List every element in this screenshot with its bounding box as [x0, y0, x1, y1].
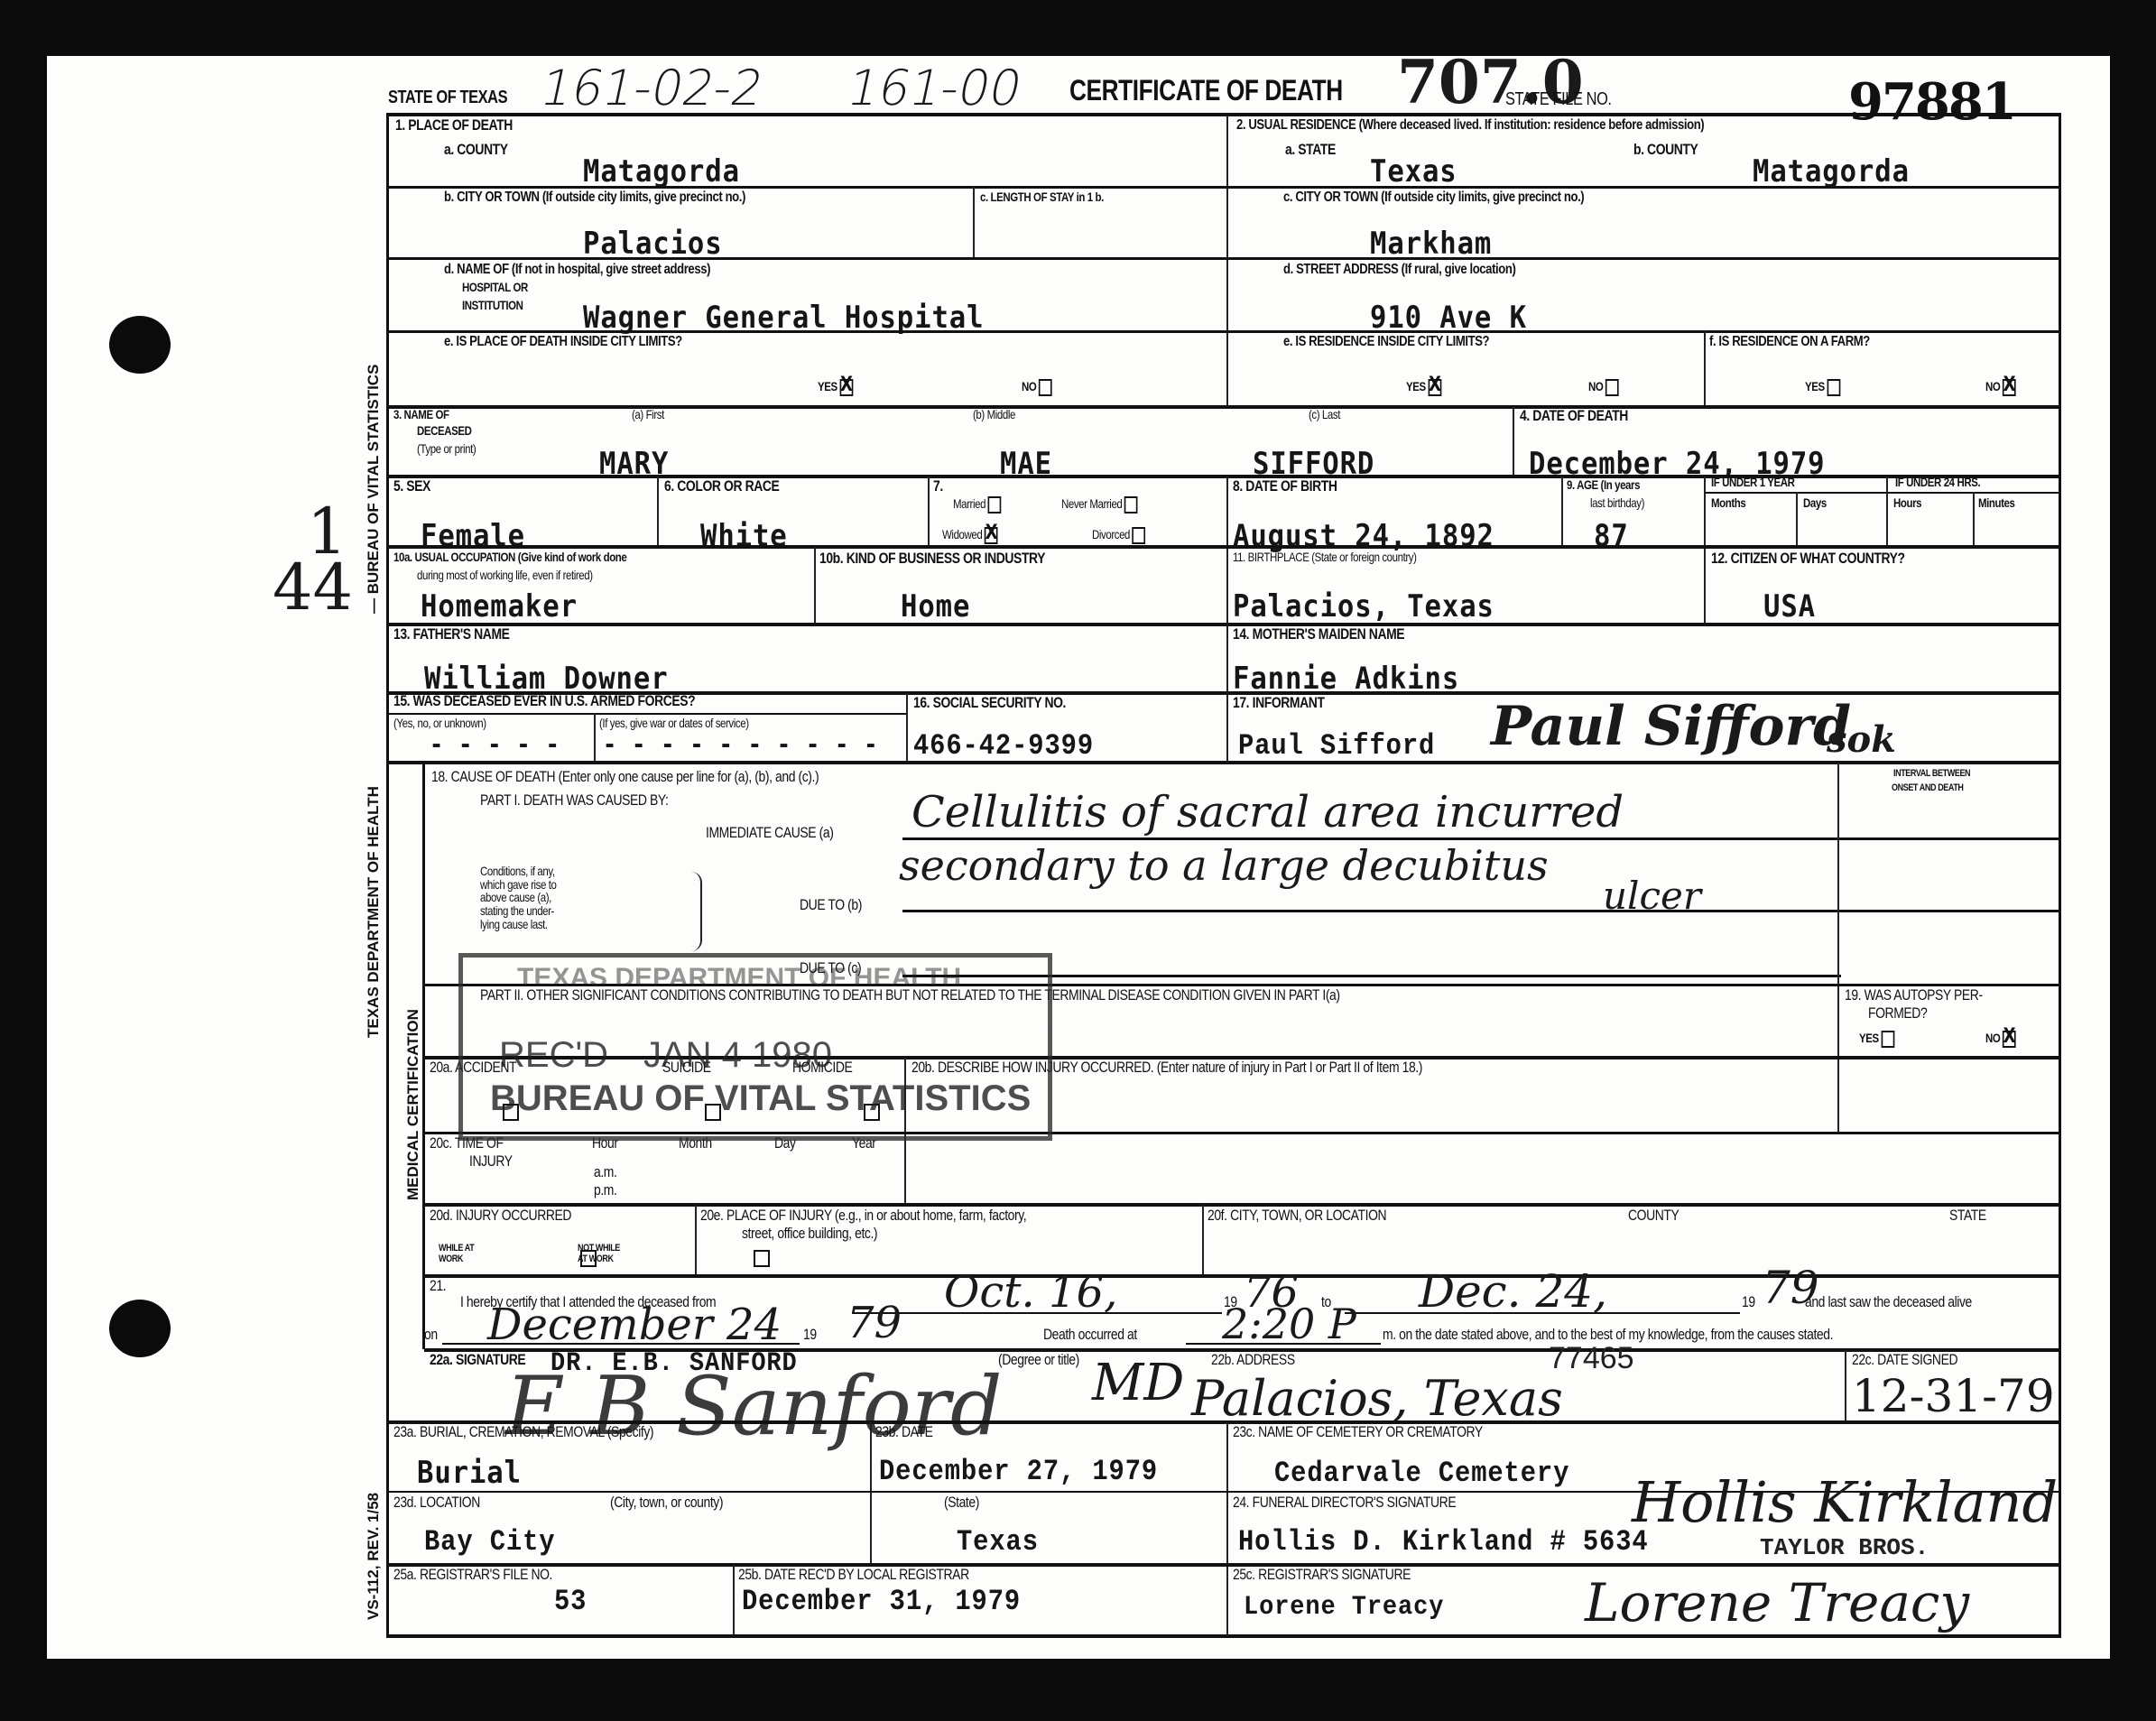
res-state-label: a. STATE — [1285, 142, 1336, 158]
registrar-name: Lorene Treacy — [1244, 1592, 1444, 1623]
state-file-number: 97881 — [1848, 72, 2015, 132]
divider — [594, 713, 596, 762]
ssn-value: 466-42-9399 — [913, 729, 1094, 763]
ssn-label: 16. SOCIAL SECURITY NO. — [913, 695, 1066, 711]
row-line — [386, 257, 2060, 260]
middle-name-label: (b) Middle — [973, 408, 1015, 421]
handwritten-code-2: 161-00 — [842, 60, 1027, 116]
dob-value: August 24, 1892 — [1233, 518, 1494, 554]
citizen-value: USA — [1763, 588, 1816, 625]
form-left-border — [386, 113, 389, 1637]
minutes-label: Minutes — [1978, 496, 2015, 510]
res-limits-no[interactable]: NO — [1588, 379, 1619, 396]
res-inside-limits-label: e. IS RESIDENCE INSIDE CITY LIMITS? — [1283, 335, 1489, 350]
divider — [1561, 477, 1563, 547]
divider — [1226, 115, 1228, 408]
last-name-label: (c) Last — [1309, 408, 1340, 421]
row-line — [388, 713, 906, 715]
informant-label: 17. INFORMANT — [1233, 695, 1325, 711]
form-top-border — [386, 113, 2060, 116]
registrar-file-value: 53 — [554, 1585, 587, 1618]
death-limits-no[interactable]: NO — [1022, 379, 1052, 396]
farm-yes[interactable]: YES — [1805, 379, 1840, 396]
autopsy-yes[interactable]: YES — [1859, 1031, 1894, 1048]
time-of-injury-label-2: INJURY — [469, 1153, 513, 1170]
location-state-value: Texas — [957, 1525, 1039, 1559]
informant-note: sok — [1827, 718, 1896, 761]
res-city-label: c. CITY OR TOWN (If outside city limits,… — [1283, 190, 1584, 206]
divider — [733, 1565, 735, 1635]
father-label: 13. FATHER'S NAME — [393, 626, 510, 643]
res-county-value: Matagorda — [1753, 153, 1910, 190]
citizen-label: 12. CITIZEN OF WHAT COUNTRY? — [1711, 551, 1905, 567]
place-of-death-label: 1. PLACE OF DEATH — [395, 117, 513, 134]
race-value: White — [700, 518, 788, 554]
pm-label: p.m. — [594, 1182, 616, 1198]
location-label: 23d. LOCATION — [393, 1494, 480, 1511]
last-seen-text: and last saw the deceased alive — [1805, 1294, 1972, 1310]
place-of-injury-label: 20e. PLACE OF INJURY (e.g., in or about … — [700, 1207, 1026, 1224]
attended-from-date: Oct. 16, — [944, 1267, 1117, 1318]
row-line — [902, 837, 2059, 840]
marital-label: 7. — [933, 478, 943, 495]
name-label-3: (Type or print) — [417, 442, 476, 456]
death-time: 2:20 P — [1222, 1300, 1356, 1348]
checkbox-checked[interactable] — [1428, 379, 1441, 396]
stamp-line-1: TEXAS DEPARTMENT OF HEALTH — [517, 963, 961, 994]
brace — [691, 872, 702, 951]
divider — [1796, 492, 1798, 546]
occupation-label: 10a. USUAL OCCUPATION (Give kind of work… — [393, 551, 626, 564]
while-at-work-label: WHILE AT WORK — [439, 1244, 483, 1264]
injury-county-label: COUNTY — [1628, 1207, 1679, 1224]
divider — [1845, 1350, 1846, 1420]
divider — [973, 187, 975, 259]
race-label: 6. COLOR OR RACE — [664, 478, 779, 495]
row-line — [386, 186, 2060, 189]
row-line — [386, 330, 2060, 333]
occupation-label-2: during most of working life, even if ret… — [417, 569, 593, 582]
location-city-label: (City, town, or county) — [610, 1494, 723, 1511]
burial-label: 23a. BURIAL, CREMATION, REMOVAL (Specify… — [393, 1424, 653, 1440]
received-stamp: TEXAS DEPARTMENT OF HEALTH REC'D JAN 4 1… — [458, 953, 1052, 1141]
armed-forces-label: 15. WAS DECEASED EVER IN U.S. ARMED FORC… — [393, 693, 695, 709]
length-of-stay-label: c. LENGTH OF STAY in 1 b. — [980, 190, 1128, 204]
not-while-at-work-checkbox[interactable] — [754, 1250, 770, 1267]
certification-item-no: 21. — [430, 1278, 446, 1294]
certificate-title: CERTIFICATE OF DEATH — [1069, 76, 1343, 106]
state-label: STATE OF TEXAS — [388, 88, 507, 107]
marital-married[interactable]: Married — [953, 496, 1001, 514]
handwritten-code-1: 161-02-2 — [535, 60, 769, 116]
under-year-label: IF UNDER 1 YEAR — [1711, 476, 1795, 489]
divider — [1513, 407, 1514, 477]
form-right-border — [2059, 113, 2061, 1637]
address-label: 22b. ADDRESS — [1211, 1352, 1295, 1368]
registrar-signature: Lorene Treacy — [1585, 1572, 1969, 1633]
death-occurred-label: Death occurred at — [1043, 1327, 1137, 1343]
punch-hole — [109, 1300, 171, 1357]
state-file-label: STATE FILE NO. — [1505, 90, 1612, 109]
date-signed-value: 12-31-79 — [1852, 1370, 2055, 1422]
checkbox[interactable] — [1124, 496, 1138, 514]
hours-label: Hours — [1893, 496, 1921, 510]
age-label-2: last birthday) — [1590, 496, 1644, 510]
on-label: on — [424, 1327, 438, 1343]
cemetery-label: 23c. NAME OF CEMETERY OR CREMATORY — [1233, 1424, 1483, 1440]
armed-value-2: - - - - - - - - - - — [603, 729, 878, 759]
medical-certification-vertical-text: MEDICAL CERTIFICATION — [404, 1009, 422, 1200]
res-state-value: Texas — [1370, 153, 1457, 190]
death-limits-yes[interactable]: YES — [818, 379, 853, 396]
part1-label: PART I. DEATH WAS CAUSED BY: — [480, 792, 669, 809]
row-line — [386, 761, 2060, 764]
registrar-date-value: December 31, 1979 — [742, 1585, 1021, 1618]
to-year-prefix: 19 — [1742, 1294, 1755, 1310]
divider — [1837, 763, 1839, 1133]
checkbox-checked[interactable] — [2003, 379, 2016, 396]
divider — [906, 693, 908, 762]
funeral-director-value: Hollis D. Kirkland # 5634 — [1238, 1525, 1649, 1559]
dob-label: 8. DATE OF BIRTH — [1233, 478, 1337, 495]
not-while-at-work-label: NOT WHILE AT WORK — [578, 1244, 629, 1264]
injury-city-label: 20f. CITY, TOWN, OR LOCATION — [1208, 1207, 1386, 1224]
divider — [657, 477, 659, 547]
divider — [1226, 477, 1228, 625]
name-label-1: 3. NAME OF — [393, 408, 449, 421]
checkbox[interactable] — [988, 496, 1002, 514]
county-label: a. COUNTY — [444, 142, 508, 158]
handwritten-fraction-bottom: 44 — [273, 551, 353, 625]
mother-label: 14. MOTHER'S MAIDEN NAME — [1233, 626, 1404, 643]
occupation-value: Homemaker — [421, 588, 578, 625]
row-line — [386, 545, 2060, 549]
farm-no[interactable]: NO — [1985, 379, 2016, 396]
due-to-b-label: DUE TO (b) — [800, 897, 862, 913]
farm-label: f. IS RESIDENCE ON A FARM? — [1709, 335, 1870, 350]
burial-date-label: 23b. DATE — [875, 1424, 932, 1440]
divider — [1886, 477, 1888, 547]
marital-divorced[interactable]: Divorced — [1092, 527, 1145, 544]
residence-label: 2. USUAL RESIDENCE (Where deceased lived… — [1236, 118, 1704, 134]
injury-occurred-label: 20d. INJURY OCCURRED — [430, 1207, 571, 1224]
armed-sub-label-2: (If yes, give war or dates of service) — [599, 717, 749, 730]
death-inside-limits-label: e. IS PLACE OF DEATH INSIDE CITY LIMITS? — [444, 335, 682, 350]
age-value: 87 — [1594, 518, 1629, 554]
res-county-label: b. COUNTY — [1633, 142, 1698, 158]
last-seen-date: December 24 — [487, 1300, 782, 1350]
divider — [695, 1205, 697, 1275]
department-vertical-text: TEXAS DEPARTMENT OF HEALTH — [365, 786, 383, 1038]
sex-value: Female — [421, 518, 525, 554]
burial-value: Burial — [417, 1455, 522, 1491]
registrar-file-label: 25a. REGISTRAR'S FILE NO. — [393, 1567, 552, 1583]
divider — [814, 547, 816, 625]
registrar-date-label: 25b. DATE REC'D BY LOCAL REGISTRAR — [738, 1567, 969, 1583]
cemetery-value: Cedarvale Cemetery — [1274, 1457, 1569, 1490]
address-value: Palacios, Texas — [1191, 1370, 1563, 1427]
divider — [1973, 492, 1975, 546]
hospital-label: d. NAME OF (If not in hospital, give str… — [444, 263, 710, 278]
res-limits-yes[interactable]: YES — [1406, 379, 1441, 396]
row-line — [386, 623, 2060, 626]
checkbox-checked[interactable] — [839, 379, 853, 396]
marital-never-married[interactable]: Never Married — [1061, 496, 1138, 514]
autopsy-label-2: FORMED? — [1868, 1005, 1927, 1022]
immediate-cause-label: IMMEDIATE CAUSE (a) — [706, 825, 833, 841]
row-line — [386, 475, 2060, 478]
checkbox-checked[interactable] — [985, 527, 998, 544]
divider — [1704, 331, 1706, 407]
row-line — [902, 910, 2059, 912]
industry-value: Home — [901, 588, 970, 625]
conditions-note: Conditions, if any, which gave rise to a… — [480, 865, 573, 930]
bureau-vertical-text: — BUREAU OF VITAL STATISTICS — [365, 365, 383, 614]
age-label-1: 9. AGE (In years — [1567, 478, 1640, 492]
date-of-death-label: 4. DATE OF DEATH — [1520, 408, 1628, 424]
place-of-injury-label-2: street, office building, etc.) — [742, 1226, 877, 1242]
industry-label: 10b. KIND OF BUSINESS OR INDUSTRY — [819, 551, 1045, 567]
birthplace-value: Palacios, Texas — [1233, 588, 1494, 625]
sex-label: 5. SEX — [393, 478, 430, 495]
checkbox[interactable] — [1132, 527, 1145, 544]
immediate-cause-line-2: secondary to a large decubitus — [899, 841, 1549, 890]
birthplace-label: 11. BIRTHPLACE (State or foreign country… — [1233, 551, 1417, 564]
divider — [928, 477, 930, 547]
registrar-signature-label: 25c. REGISTRAR'S SIGNATURE — [1233, 1567, 1411, 1583]
form-number-vertical-text: VS-112, REV. 1/58 — [365, 1493, 383, 1620]
degree-label: (Degree or title) — [998, 1352, 1079, 1368]
interval-label-1: INTERVAL BETWEEN — [1893, 769, 1970, 780]
hospital-label-2: HOSPITAL OR — [462, 281, 528, 294]
checkbox[interactable] — [1039, 379, 1052, 396]
am-label: a.m. — [594, 1164, 616, 1180]
funeral-director-label: 24. FUNERAL DIRECTOR'S SIGNATURE — [1233, 1494, 1456, 1511]
funeral-director-signature: Hollis Kirkland — [1632, 1469, 2058, 1535]
checkbox[interactable] — [1827, 379, 1840, 396]
degree-value: MD — [1092, 1354, 1184, 1412]
cause-label: 18. CAUSE OF DEATH (Enter only one cause… — [431, 769, 819, 785]
stamp-line-3: BUREAU OF VITAL STATISTICS — [490, 1078, 1031, 1119]
autopsy-label-1: 19. WAS AUTOPSY PER- — [1845, 987, 1983, 1004]
burial-date-value: December 27, 1979 — [879, 1455, 1158, 1488]
marital-widowed[interactable]: Widowed — [942, 527, 998, 544]
form-bottom-border — [386, 1634, 2061, 1638]
checkbox-checked[interactable] — [2003, 1031, 2016, 1048]
death-county-value: Matagorda — [583, 153, 740, 190]
death-city-value: Palacios — [583, 226, 723, 262]
immediate-cause-line-1: Cellulitis of sacral area incurred — [911, 787, 1624, 837]
location-city-value: Bay City — [424, 1525, 555, 1559]
row-line — [386, 1563, 2060, 1567]
punch-hole — [109, 316, 171, 374]
divider — [1226, 1422, 1228, 1635]
funeral-home: TAYLOR BROS. — [1760, 1534, 1929, 1561]
informant-signature: Paul Sifford — [1491, 695, 1851, 758]
name-label-2: DECEASED — [417, 424, 472, 438]
autopsy-no[interactable]: NO — [1985, 1031, 2016, 1048]
first-name-label: (a) First — [632, 408, 664, 421]
location-state-label: (State) — [944, 1494, 979, 1511]
attended-to-date: Dec. 24, — [1419, 1265, 1607, 1318]
informant-value: Paul Sifford — [1238, 729, 1435, 763]
date-signed-label: 22c. DATE SIGNED — [1852, 1352, 1957, 1368]
under-day-label: IF UNDER 24 HRS. — [1895, 476, 1980, 489]
checkbox[interactable] — [1881, 1031, 1894, 1048]
row-line — [1706, 492, 2059, 494]
last-seen-year: 79 — [847, 1298, 902, 1348]
interval-label-2: ONSET AND DEATH — [1892, 783, 1964, 794]
stamp-date: JAN 4 1980 — [643, 1035, 832, 1076]
days-label: Days — [1803, 496, 1827, 510]
divider — [1202, 1205, 1204, 1275]
hospital-label-3: INSTITUTION — [462, 299, 523, 312]
armed-sub-label-1: (Yes, no, or unknown) — [393, 717, 486, 730]
last-seen-year-prefix: 19 — [803, 1327, 817, 1343]
armed-value-1: - - - - - — [430, 729, 560, 759]
divider — [1704, 477, 1706, 625]
injury-state-label: STATE — [1949, 1207, 1986, 1224]
street-label: d. STREET ADDRESS (If rural, give locati… — [1283, 263, 1515, 278]
months-label: Months — [1711, 496, 1745, 510]
stamp-received-prefix: REC'D — [499, 1035, 608, 1076]
res-city-value: Markham — [1370, 226, 1492, 262]
checkbox[interactable] — [1605, 379, 1619, 396]
death-city-label: b. CITY OR TOWN (If outside city limits,… — [444, 190, 745, 206]
divider — [870, 1422, 872, 1567]
